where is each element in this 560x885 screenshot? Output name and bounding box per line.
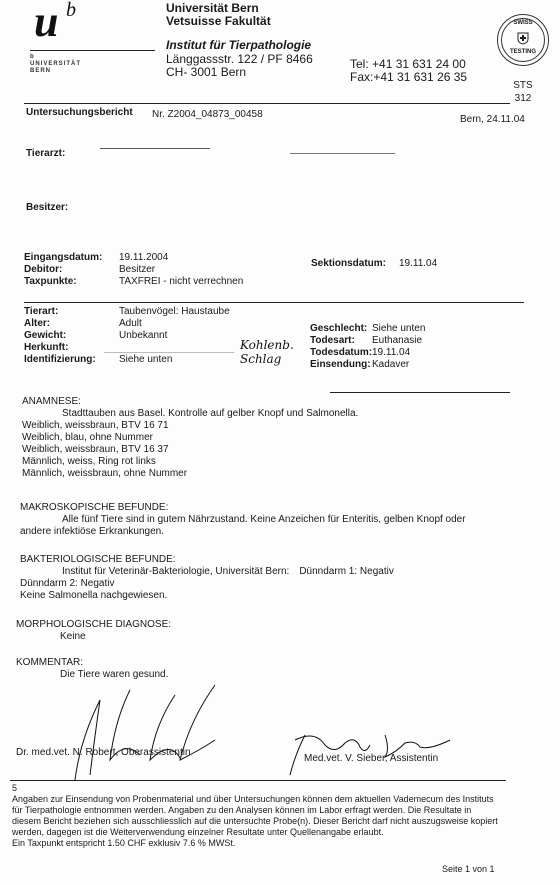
einsendung-label: Einsendung: [310, 359, 372, 371]
debitor-value: Besitzer [119, 264, 155, 275]
swiss-testing-stamp: SWISS TESTING [497, 14, 549, 66]
animal-row-todesart: Todesart:Euthanasie [310, 335, 425, 347]
logo-small-bern: BERN [30, 68, 81, 75]
makro-heading: MAKROSKOPISCHE BEFUNDE: [20, 502, 466, 514]
animal-left-block: Tierart:Taubenvögel: Haustaube Alter:Adu… [24, 306, 230, 366]
anamnese-heading: ANAMNESE: [22, 396, 358, 408]
anamnese-line: Weiblich, blau, ohne Nummer [22, 432, 358, 444]
logo-small-universitaet: UNIVERSITÄT [30, 61, 81, 68]
bakterio-line-3: Keine Salmonella nachgewiesen. [20, 590, 394, 602]
footer-line: diesem Bericht beziehen sich ausschliess… [12, 816, 542, 827]
bakterio-heading: BAKTERIOLOGISCHE BEFUNDE: [20, 554, 394, 566]
sektionsdatum-value: 19.11.04 [399, 258, 437, 269]
university-logo-superscript: b [66, 0, 76, 20]
duenndarm-1-result: Dünndarm 1: Negativ [299, 566, 394, 577]
anamnese-line: Weiblich, weissbraun, BTV 16 37 [22, 444, 358, 456]
anamnese-section: ANAMNESE: Stadttauben aus Basel. Kontrol… [22, 396, 358, 480]
bakterio-section: BAKTERIOLOGISCHE BEFUNDE: Institut für V… [20, 554, 394, 602]
handwritten-note-line-2: Schlag [240, 352, 294, 366]
footer-number: 5 [12, 783, 17, 794]
logo-small-b: b [30, 54, 81, 61]
identifizierung-label: Identifizierung: [24, 354, 119, 366]
tierarzt-label: Tierarzt: [26, 148, 65, 160]
kommentar-section: KOMMENTAR: Die Tiere waren gesund. [16, 657, 168, 681]
taxpunkte-label: Taxpunkte: [24, 276, 119, 288]
diagnose-text: Keine [16, 631, 171, 643]
geschlecht-value: Siehe unten [372, 323, 425, 334]
geschlecht-label: Geschlecht: [310, 323, 372, 335]
footer-rule [10, 780, 506, 781]
bakterio-line-1: Institut für Veterinär-Bakteriologie, Un… [20, 566, 394, 578]
stamp-bottom-text: TESTING [498, 49, 548, 55]
todesdatum-label: Todesdatum: [310, 347, 372, 359]
animal-row-alter: Alter:Adult [24, 318, 230, 330]
report-title: Untersuchungsbericht [26, 107, 133, 119]
university-logo-letter: u [34, 0, 58, 44]
animal-row-gewicht: Gewicht:Unbekannt [24, 330, 230, 342]
sektionsdatum: Sektionsdatum:19.11.04 [311, 258, 437, 270]
makro-section: MAKROSKOPISCHE BEFUNDE: Alle fünf Tiere … [20, 502, 466, 538]
alter-label: Alter: [24, 318, 119, 330]
university-name: Universität Bern [166, 1, 259, 15]
signature-left-icon [40, 680, 230, 785]
gewicht-value: Unbekannt [119, 330, 167, 341]
herkunft-redacted [104, 352, 234, 353]
footer-line: Angaben zur Einsendung von Probenmateria… [12, 794, 542, 805]
signature-right-name: Med.vet. V. Sieber, Assistentin [304, 753, 438, 765]
identifizierung-value: Siehe unten [119, 354, 172, 365]
stamp-top-text: SWISS [498, 20, 548, 26]
animal-bottom-rule [330, 392, 510, 393]
kommentar-heading: KOMMENTAR: [16, 657, 168, 669]
fax: Fax:+41 31 631 26 35 [350, 70, 467, 84]
animal-row-identifizierung: Identifizierung:Siehe unten [24, 354, 230, 366]
todesart-value: Euthanasie [372, 335, 422, 346]
debitor-label: Debitor: [24, 264, 119, 276]
todesdatum-value: 19.11.04 [372, 347, 410, 358]
gewicht-label: Gewicht: [24, 330, 119, 342]
besitzer-label: Besitzer: [26, 202, 68, 214]
animal-right-block: Geschlecht:Siehe unten Todesart:Euthanas… [310, 323, 425, 371]
sts-label: STS [508, 80, 538, 92]
handwritten-note-line-1: Kohlenb. [240, 338, 294, 352]
university-logo-text: b UNIVERSITÄT BERN [30, 54, 81, 75]
footer-line: Ein Taxpunkt entspricht 1.50 CHF exklusi… [12, 838, 542, 849]
anamnese-line: Männlich, weiss, Ring rot links [22, 456, 358, 468]
institute-name: Institut für Tierpathologie [166, 38, 311, 52]
tierart-label: Tierart: [24, 306, 119, 318]
tierarzt-redacted-2 [290, 153, 395, 154]
einsendung-value: Kadaver [372, 359, 409, 370]
logo-divider [30, 50, 155, 51]
tierart-value: Taubenvögel: Haustaube [119, 306, 230, 317]
eingangsdatum-label: Eingangsdatum: [24, 252, 119, 264]
animal-row-einsendung: Einsendung:Kadaver [310, 359, 425, 371]
anamnese-intro: Stadttauben aus Basel. Kontrolle auf gel… [22, 408, 358, 420]
address-line-1: Länggassstr. 122 / PF 8466 [166, 52, 313, 66]
anamnese-line: Weiblich, weissbraun, BTV 16 71 [22, 420, 358, 432]
signature-left-name: Dr. med.vet. N. Robert, Oberassistentin [16, 747, 191, 759]
animal-rule [24, 302, 524, 303]
report-number: Nr. Z2004_04873_00458 [152, 109, 263, 121]
diagnose-section: MORPHOLOGISCHE DIAGNOSE: Keine [16, 619, 171, 643]
page-number: Seite 1 von 1 [442, 864, 495, 875]
todesart-label: Todesart: [310, 335, 372, 347]
bakterio-institute: Institut für Veterinär-Bakteriologie, Un… [62, 566, 289, 577]
handwritten-note: Kohlenb. Schlag [240, 338, 294, 366]
diagnose-heading: MORPHOLOGISCHE DIAGNOSE: [16, 619, 171, 631]
swiss-cross-shield-icon [517, 32, 529, 45]
animal-row-tierart: Tierart:Taubenvögel: Haustaube [24, 306, 230, 318]
report-place-date: Bern, 24.11.04 [460, 114, 525, 126]
makro-line-1: Alle fünf Tiere sind in gutem Nährzustan… [20, 514, 466, 526]
tierarzt-redacted [100, 148, 210, 149]
faculty-name: Vetsuisse Fakultät [166, 14, 271, 28]
alter-value: Adult [119, 318, 142, 329]
address-line-2: CH- 3001 Bern [166, 65, 246, 79]
footer-line: für Tierpathologie entnommen werden. Ang… [12, 805, 542, 816]
sts-number: 312 [508, 93, 538, 105]
sektionsdatum-label: Sektionsdatum: [311, 258, 399, 270]
animal-row-geschlecht: Geschlecht:Siehe unten [310, 323, 425, 335]
anamnese-line: Männlich, weissbraun, ohne Nummer [22, 468, 358, 480]
bakterio-line-2: Dünndarm 2: Negativ [20, 578, 394, 590]
admin-block: Eingangsdatum:19.11.2004 Debitor:Besitze… [24, 252, 243, 288]
footer-line: werden, dagegen ist die Weiterverwendung… [12, 827, 542, 838]
footer-disclaimer: Angaben zur Einsendung von Probenmateria… [12, 794, 542, 849]
makro-line-2: andere infektiöse Erkrankungen. [20, 526, 466, 538]
animal-row-todesdatum: Todesdatum:19.11.04 [310, 347, 425, 359]
header-rule [24, 103, 510, 104]
eingangsdatum-value: 19.11.2004 [119, 252, 168, 263]
telephone: Tel: +41 31 631 24 00 [350, 57, 466, 71]
taxpunkte-value: TAXFREI - nicht verrechnen [119, 276, 243, 287]
